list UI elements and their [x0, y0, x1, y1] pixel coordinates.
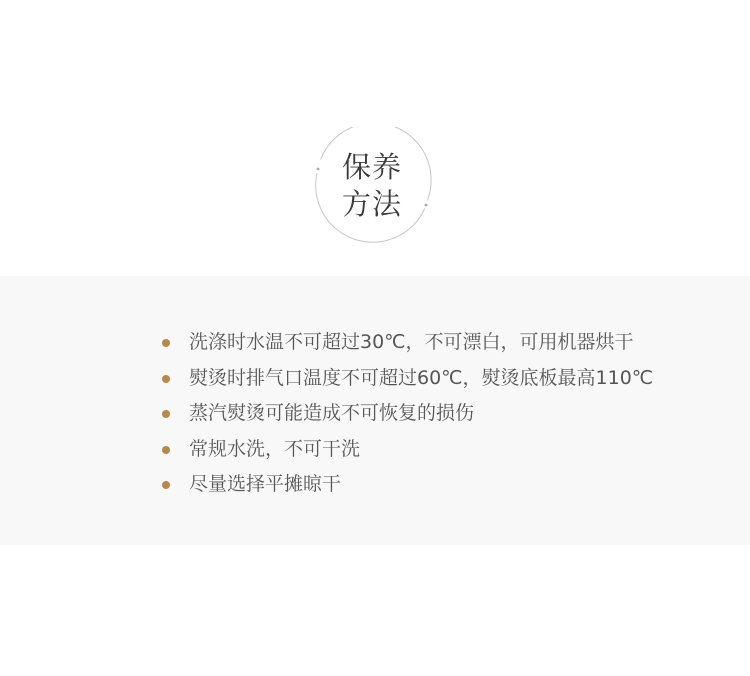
- care-instructions-panel: 洗涤时水温不可超过30℃，不可漂白，可用机器烘干 熨烫时排气口温度不可超过60℃…: [0, 276, 750, 545]
- bullet-dot-icon: [162, 375, 170, 383]
- care-title-line1: 保养: [312, 149, 432, 186]
- bullet-dot-icon: [162, 446, 170, 454]
- bullet-dot-icon: [162, 410, 170, 418]
- care-item-text: 常规水洗，不可干洗: [189, 438, 360, 460]
- list-item: 洗涤时水温不可超过30℃，不可漂白，可用机器烘干: [162, 326, 653, 362]
- care-item-text: 洗涤时水温不可超过30℃，不可漂白，可用机器烘干: [189, 331, 634, 353]
- care-item-text: 熨烫时排气口温度不可超过60℃，熨烫底板最高110℃: [189, 367, 653, 389]
- care-item-text: 蒸汽熨烫可能造成不可恢复的损伤: [189, 402, 474, 424]
- care-title: 保养 方法: [312, 149, 432, 223]
- list-item: 常规水洗，不可干洗: [162, 433, 653, 469]
- bullet-dot-icon: [162, 481, 170, 489]
- list-item: 熨烫时排气口温度不可超过60℃，熨烫底板最高110℃: [162, 362, 653, 398]
- care-title-badge: 保养 方法: [312, 127, 432, 247]
- care-instructions-list: 洗涤时水温不可超过30℃，不可漂白，可用机器烘干 熨烫时排气口温度不可超过60℃…: [162, 326, 653, 504]
- care-title-line2: 方法: [312, 186, 432, 223]
- bullet-dot-icon: [162, 339, 170, 347]
- care-item-text: 尽量选择平摊晾干: [189, 473, 341, 495]
- list-item: 蒸汽熨烫可能造成不可恢复的损伤: [162, 397, 653, 433]
- list-item: 尽量选择平摊晾干: [162, 468, 653, 504]
